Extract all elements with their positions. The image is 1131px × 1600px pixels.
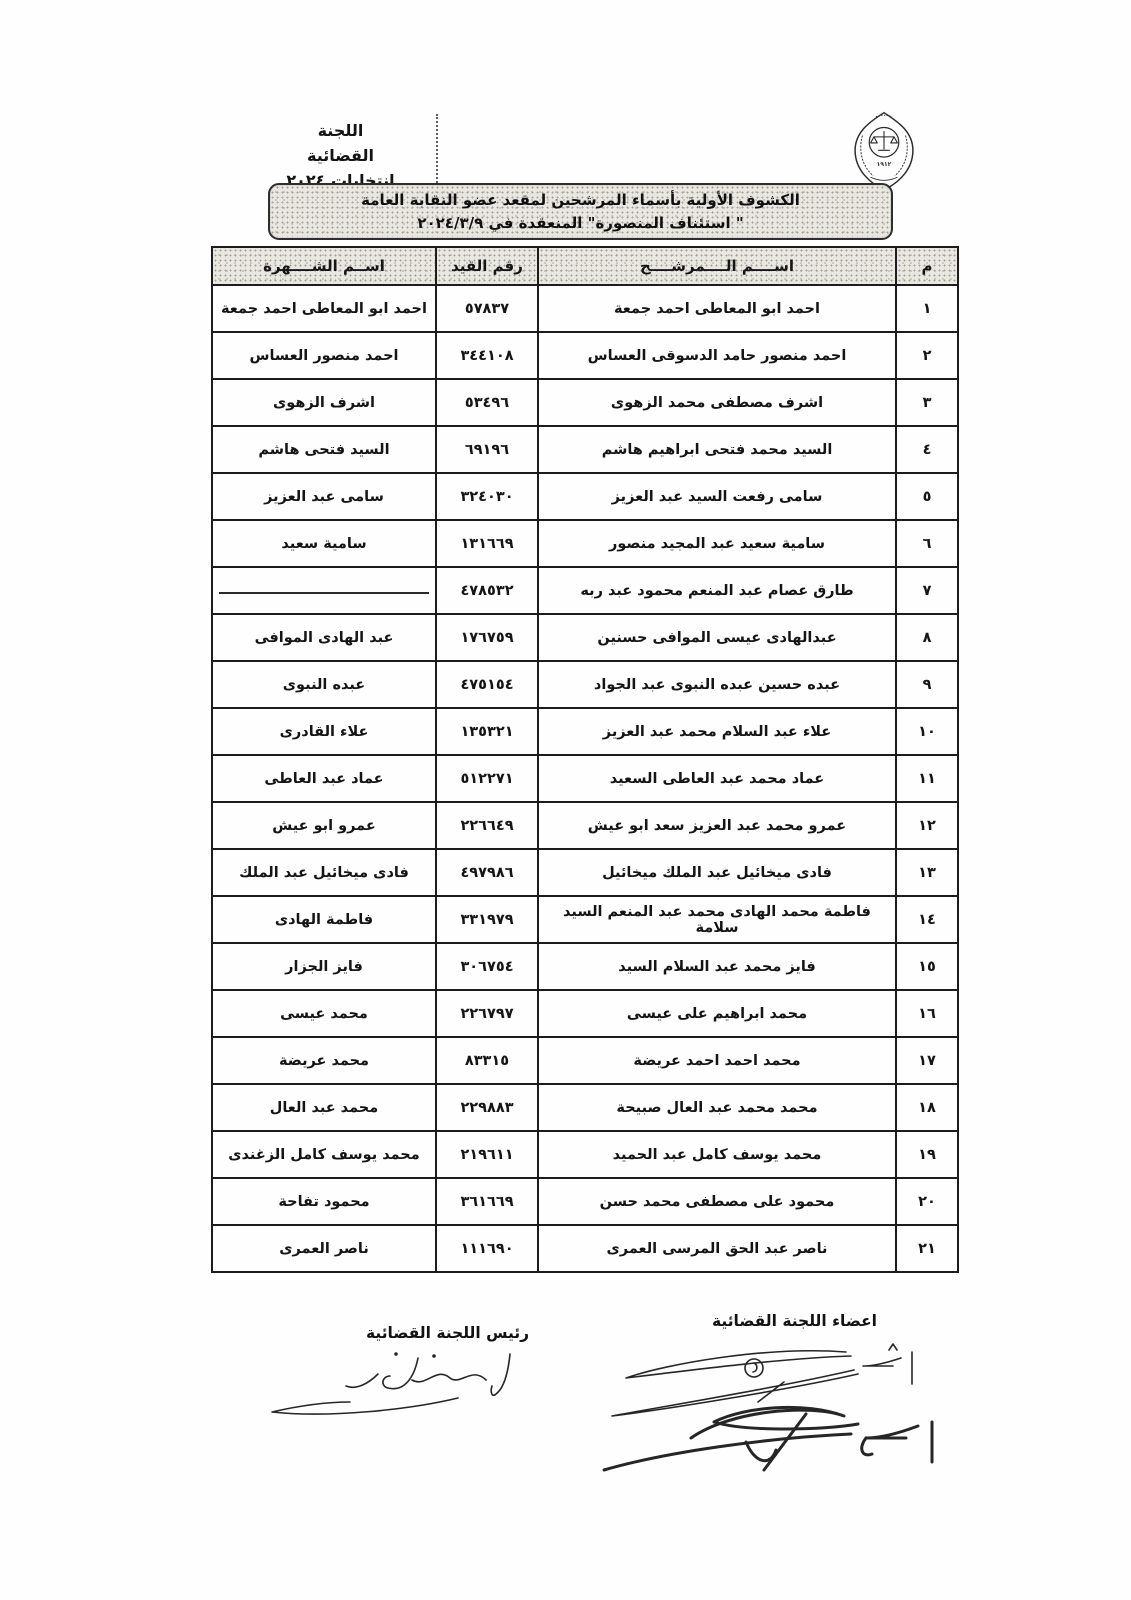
candidate-name: محمود على مصطفى محمد حسن [538,1178,896,1225]
candidate-name: احمد منصور حامد الدسوقى العساس [538,332,896,379]
known-name [212,567,436,614]
row-index: ١ [896,285,958,332]
members-signature-label: اعضاء اللجنة القضائية [712,1312,877,1330]
registration-number: ٣٢٤٠٣٠ [436,473,538,520]
registration-number: ٣٦١٦٦٩ [436,1178,538,1225]
table-row: ٢احمد منصور حامد الدسوقى العساس٣٤٤١٠٨احم… [212,332,958,379]
row-index: ١٣ [896,849,958,896]
registration-number: ٥٧٨٣٧ [436,285,538,332]
chairman-signature [258,1340,538,1430]
candidate-name: محمد ابراهيم على عيسى [538,990,896,1037]
registration-number: ١١١٦٩٠ [436,1225,538,1272]
known-name: فايز الجزار [212,943,436,990]
registration-number: ٨٣٣١٥ [436,1037,538,1084]
registration-number: ٣٣١٩٧٩ [436,896,538,943]
candidate-name: عماد محمد عبد العاطى السعيد [538,755,896,802]
header-candidate: اســــم الــــمرشــــح [538,247,896,285]
registration-number: ٥١٢٢٧١ [436,755,538,802]
row-index: ٥ [896,473,958,520]
header-index: م [896,247,958,285]
candidate-name: اشرف مصطفى محمد الزهوى [538,379,896,426]
candidate-name: عبده حسين عبده النبوى عبد الجواد [538,661,896,708]
committee-label: اللجنة القضائية [283,119,398,169]
candidate-name: احمد ابو المعاطى احمد جمعة [538,285,896,332]
title-line-2: " استئناف المنصورة" المنعقدة في ٢٠٢٤/٣/٩ [417,212,743,235]
known-name: محمود تفاحة [212,1178,436,1225]
row-index: ٦ [896,520,958,567]
registration-number: ٢٢٦٧٩٧ [436,990,538,1037]
known-name: السيد فتحى هاشم [212,426,436,473]
row-index: ٨ [896,614,958,661]
registration-number: ٢٢٩٨٨٣ [436,1084,538,1131]
known-name: محمد يوسف كامل الزغندى [212,1131,436,1178]
row-index: ٤ [896,426,958,473]
row-index: ٢ [896,332,958,379]
row-index: ٢١ [896,1225,958,1272]
table-row: ٣اشرف مصطفى محمد الزهوى٥٣٤٩٦اشرف الزهوى [212,379,958,426]
registration-number: ٦٩١٩٦ [436,426,538,473]
registration-number: ١٣٥٣٢١ [436,708,538,755]
table-row: ٥سامى رفعت السيد عبد العزيز٣٢٤٠٣٠سامى عب… [212,473,958,520]
row-index: ١٩ [896,1131,958,1178]
table-row: ١٢عمرو محمد عبد العزيز سعد ابو عيش٢٢٦٦٤٩… [212,802,958,849]
header-known-name: اســم الشــــهرة [212,247,436,285]
row-index: ١٥ [896,943,958,990]
candidate-name: محمد يوسف كامل عبد الحميد [538,1131,896,1178]
candidate-name: محمد احمد احمد عريضة [538,1037,896,1084]
registration-number: ٥٣٤٩٦ [436,379,538,426]
candidate-name: فايز محمد عبد السلام السيد [538,943,896,990]
registration-number: ٤٩٧٩٨٦ [436,849,538,896]
table-row: ١٤فاطمة محمد الهادى محمد عبد المنعم السي… [212,896,958,943]
table-row: ٧طارق عصام عبد المنعم محمود عبد ربه٤٧٨٥٣… [212,567,958,614]
candidate-name: فادى ميخائيل عبد الملك ميخائيل [538,849,896,896]
registration-number: ٢٢٦٦٤٩ [436,802,538,849]
known-name: فاطمة الهادى [212,896,436,943]
known-name: عبد الهادى الموافى [212,614,436,661]
row-index: ١٠ [896,708,958,755]
header-registration: رقم القيد [436,247,538,285]
known-name: احمد منصور العساس [212,332,436,379]
known-name: علاء القادرى [212,708,436,755]
dotted-divider-line [436,114,438,186]
bar-association-seal-icon: ١٩١٢ [850,110,918,192]
known-name: محمد عيسى [212,990,436,1037]
known-name: فادى ميخائيل عبد الملك [212,849,436,896]
row-index: ١٧ [896,1037,958,1084]
known-name: ناصر العمرى [212,1225,436,1272]
candidate-name: فاطمة محمد الهادى محمد عبد المنعم السيد … [538,896,896,943]
table-row: ٦سامية سعيد عبد المجيد منصور١٣١٦٦٩سامية … [212,520,958,567]
registration-number: ٤٧٨٥٣٢ [436,567,538,614]
candidate-name: سامى رفعت السيد عبد العزيز [538,473,896,520]
known-name: احمد ابو المعاطى احمد جمعة [212,285,436,332]
registration-number: ١٣١٦٦٩ [436,520,538,567]
table-row: ١٧محمد احمد احمد عريضة٨٣٣١٥محمد عريضة [212,1037,958,1084]
known-name: محمد عريضة [212,1037,436,1084]
table-row: ٨عبدالهادى عيسى الموافى حسنين١٧٦٧٥٩عبد ا… [212,614,958,661]
title-box: الكشوف الأولية بأسماء المرشحين لمقعد عضو… [268,183,893,240]
known-name: سامية سعيد [212,520,436,567]
table-header: م اســــم الــــمرشــــح رقم القيد اســم… [212,247,958,285]
candidate-name: سامية سعيد عبد المجيد منصور [538,520,896,567]
row-index: ٧ [896,567,958,614]
known-name: سامى عبد العزيز [212,473,436,520]
row-index: ٢٠ [896,1178,958,1225]
known-name: محمد عبد العال [212,1084,436,1131]
candidate-name: علاء عبد السلام محمد عبد العزيز [538,708,896,755]
row-index: ١٨ [896,1084,958,1131]
row-index: ١٢ [896,802,958,849]
known-name: عمرو ابو عيش [212,802,436,849]
table-row: ١احمد ابو المعاطى احمد جمعة٥٧٨٣٧احمد ابو… [212,285,958,332]
registration-number: ٣٠٦٧٥٤ [436,943,538,990]
row-index: ٩ [896,661,958,708]
table-row: ١١عماد محمد عبد العاطى السعيد٥١٢٢٧١عماد … [212,755,958,802]
table-header-row: م اســــم الــــمرشــــح رقم القيد اســم… [212,247,958,285]
table-row: ١٥فايز محمد عبد السلام السيد٣٠٦٧٥٤فايز ا… [212,943,958,990]
candidates-table: م اســــم الــــمرشــــح رقم القيد اســم… [211,246,959,1273]
title-line-1: الكشوف الأولية بأسماء المرشحين لمقعد عضو… [361,189,800,212]
document-page: اللجنة القضائية إنتخابات ٢٠٢٤ ١٩١٢ الكشو… [0,0,1131,1600]
registration-number: ١٧٦٧٥٩ [436,614,538,661]
table-row: ٩عبده حسين عبده النبوى عبد الجواد٤٧٥١٥٤ع… [212,661,958,708]
registration-number: ٤٧٥١٥٤ [436,661,538,708]
row-index: ١٤ [896,896,958,943]
candidate-name: السيد محمد فتحى ابراهيم هاشم [538,426,896,473]
known-name: اشرف الزهوى [212,379,436,426]
known-name: عماد عبد العاطى [212,755,436,802]
table-row: ٤السيد محمد فتحى ابراهيم هاشم٦٩١٩٦السيد … [212,426,958,473]
seal-year: ١٩١٢ [877,161,892,168]
row-index: ١٦ [896,990,958,1037]
table-row: ٢١ناصر عبد الحق المرسى العمرى١١١٦٩٠ناصر … [212,1225,958,1272]
registration-number: ٣٤٤١٠٨ [436,332,538,379]
candidate-name: عمرو محمد عبد العزيز سعد ابو عيش [538,802,896,849]
candidate-name: محمد محمد عبد العال صبيحة [538,1084,896,1131]
table-row: ١٣فادى ميخائيل عبد الملك ميخائيل٤٩٧٩٨٦فا… [212,849,958,896]
row-index: ٣ [896,379,958,426]
candidate-name: طارق عصام عبد المنعم محمود عبد ربه [538,567,896,614]
candidate-name: عبدالهادى عيسى الموافى حسنين [538,614,896,661]
empty-name-dash [219,592,429,594]
table-row: ٢٠محمود على مصطفى محمد حسن٣٦١٦٦٩محمود تف… [212,1178,958,1225]
table-row: ١٨محمد محمد عبد العال صبيحة٢٢٩٨٨٣محمد عب… [212,1084,958,1131]
table-row: ١٦محمد ابراهيم على عيسى٢٢٦٧٩٧محمد عيسى [212,990,958,1037]
row-index: ١١ [896,755,958,802]
table-row: ١٠علاء عبد السلام محمد عبد العزيز١٣٥٣٢١ع… [212,708,958,755]
registration-number: ٢١٩٦١١ [436,1131,538,1178]
candidate-name: ناصر عبد الحق المرسى العمرى [538,1225,896,1272]
members-signatures [596,1330,966,1488]
known-name: عبده النبوى [212,661,436,708]
table-row: ١٩محمد يوسف كامل عبد الحميد٢١٩٦١١محمد يو… [212,1131,958,1178]
